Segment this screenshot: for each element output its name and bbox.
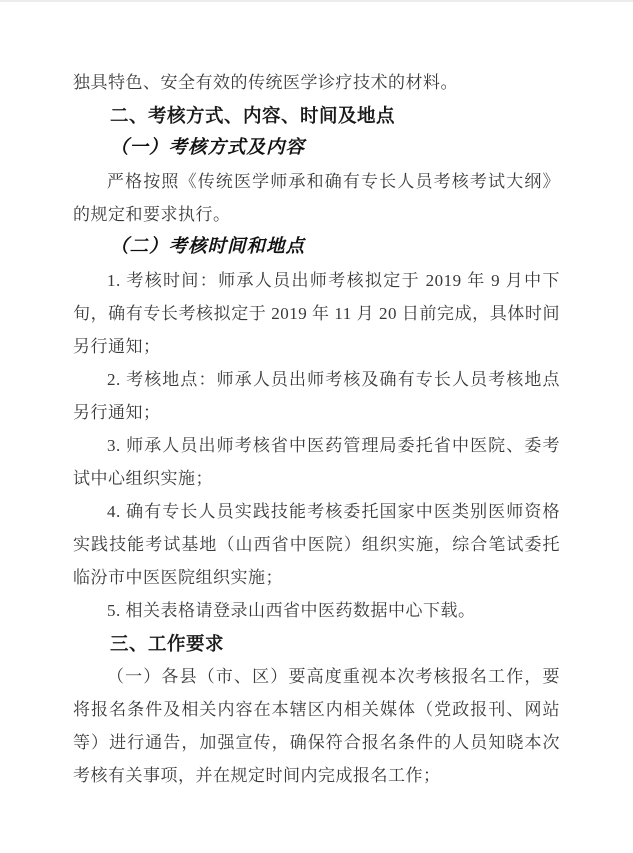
numbered-item-5: 5. 相关表格请登录山西省中医药数据中心下载。 (73, 594, 560, 627)
numbered-item-4: 4. 确有专长人员实践技能考核委托国家中医类别医师资格实践技能考试基地（山西省中… (73, 495, 560, 594)
subsection-heading-2-2: （二）考核时间和地点 (73, 231, 560, 264)
document-page: 独具特色、安全有效的传统医学诊疗技术的材料。 二、考核方式、内容、时间及地点 （… (0, 0, 633, 853)
section-heading-2: 二、考核方式、内容、时间及地点 (73, 99, 560, 132)
paragraph-work-requirements: （一）各县（市、区）要高度重视本次考核报名工作，要将报名条件及相关内容在本辖区内… (73, 660, 560, 792)
numbered-item-3: 3. 师承人员出师考核省中医药管理局委托省中医院、委考试中心组织实施； (73, 429, 560, 495)
subsection-heading-2-1: （一）考核方式及内容 (73, 132, 560, 165)
numbered-item-1: 1. 考核时间：师承人员出师考核拟定于 2019 年 9 月中下旬，确有专长考核… (73, 264, 560, 363)
paragraph: 严格按照《传统医学师承和确有专长人员考核考试大纲》的规定和要求执行。 (73, 165, 560, 231)
section-heading-3: 三、工作要求 (73, 627, 560, 660)
paragraph-continuation: 独具特色、安全有效的传统医学诊疗技术的材料。 (73, 66, 560, 99)
numbered-item-2: 2. 考核地点：师承人员出师考核及确有专长人员考核地点另行通知； (73, 363, 560, 429)
document-content: 独具特色、安全有效的传统医学诊疗技术的材料。 二、考核方式、内容、时间及地点 （… (73, 66, 560, 792)
